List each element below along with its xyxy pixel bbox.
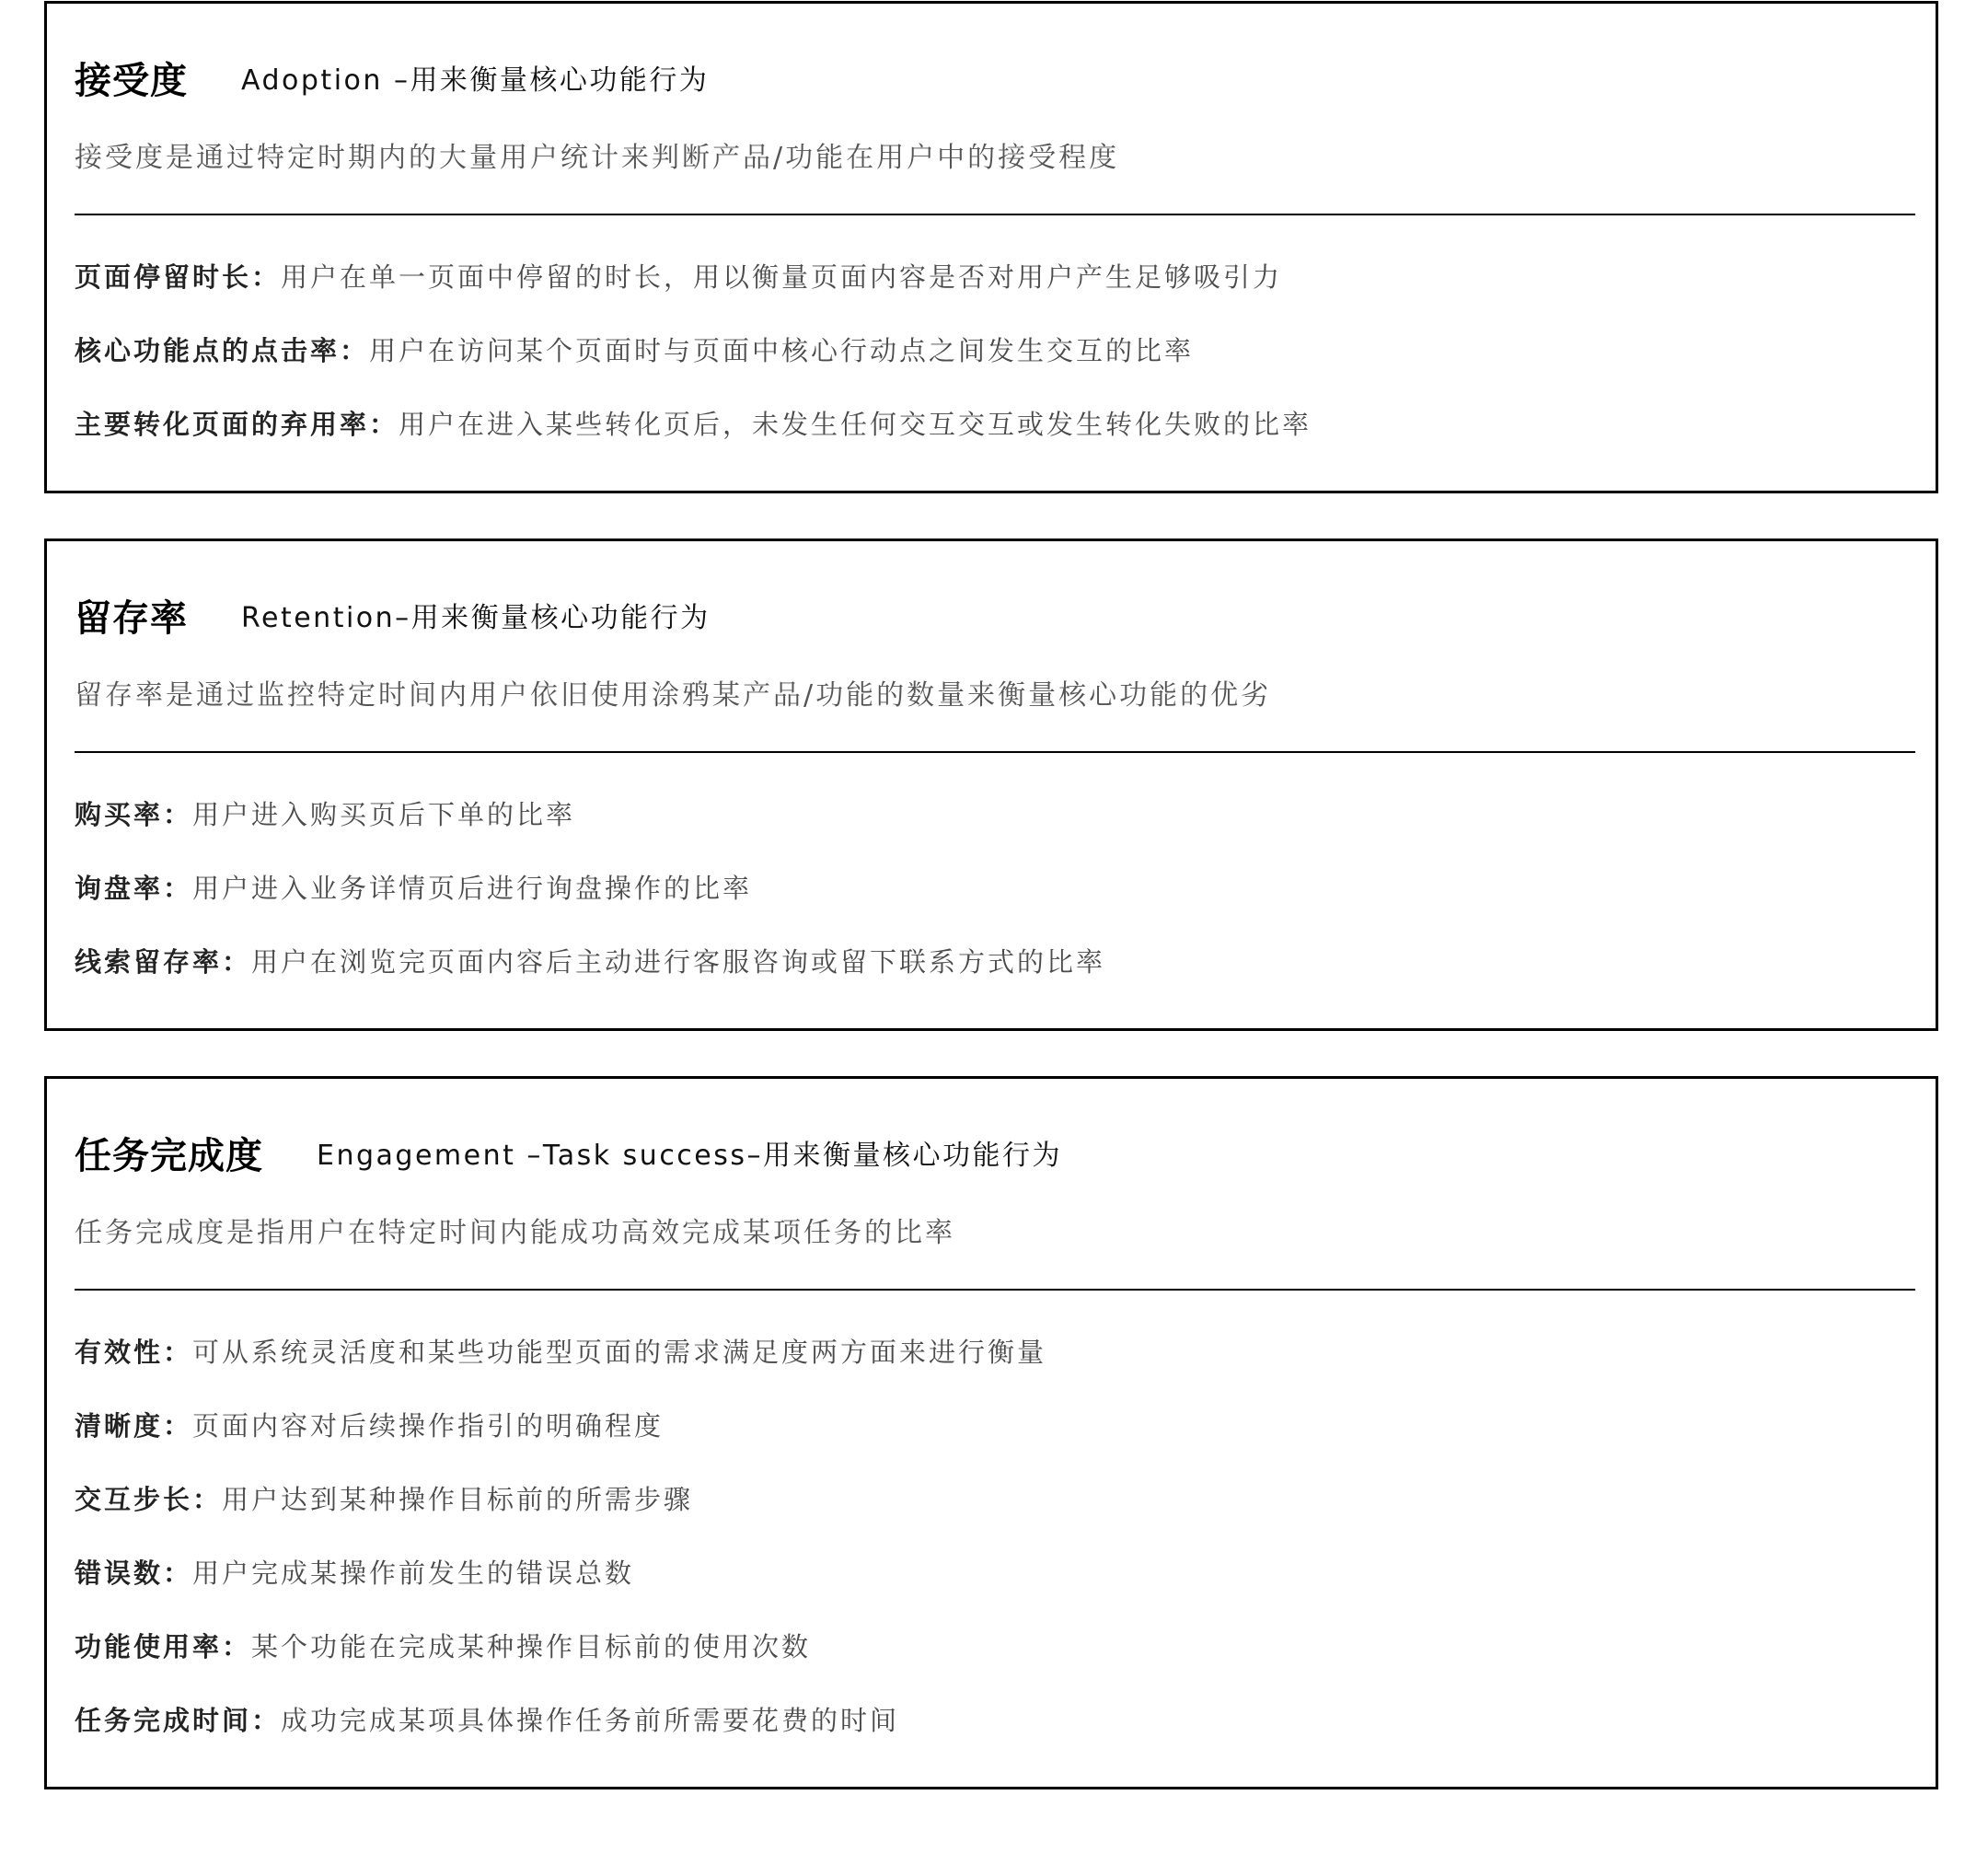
metric-value: 用户完成某操作前发生的错误总数 <box>192 1558 634 1589</box>
metric-label: 功能使用率： <box>75 1631 251 1662</box>
metric-value: 页面内容对后续操作指引的明确程度 <box>192 1410 664 1442</box>
metric-label: 页面停留时长： <box>75 261 281 293</box>
card-header: 留存率 Retention–用来衡量核心功能行为 <box>75 593 711 637</box>
card-description: 任务完成度是指用户在特定时间内能成功高效完成某项任务的比率 <box>75 1213 955 1254</box>
metric-item: 有效性：可从系统灵活度和某些功能型页面的需求满足度两方面来进行衡量 <box>75 1331 1908 1405</box>
card-header: 任务完成度 Engagement –Task success–用来衡量核心功能行… <box>75 1130 1062 1175</box>
metric-label: 交互步长： <box>75 1484 222 1515</box>
card-subtitle: Retention–用来衡量核心功能行为 <box>241 595 711 635</box>
metric-item: 询盘率：用户进入业务详情页后进行询盘操作的比率 <box>75 867 1908 941</box>
card-subtitle: Engagement –Task success–用来衡量核心功能行为 <box>317 1132 1062 1173</box>
card-description: 留存率是通过监控特定时间内用户依旧使用涂鸦某产品/功能的数量来衡量核心功能的优劣 <box>75 676 1271 716</box>
card-description: 接受度是通过特定时期内的大量用户统计来判断产品/功能在用户中的接受程度 <box>75 138 1119 179</box>
metric-label: 错误数： <box>75 1558 192 1589</box>
metric-item: 功能使用率：某个功能在完成某种操作目标前的使用次数 <box>75 1626 1908 1699</box>
adoption-card: 接受度 Adoption –用来衡量核心功能行为 接受度是通过特定时期内的大量用… <box>44 1 1938 493</box>
metric-value: 用户在浏览完页面内容后主动进行客服咨询或留下联系方式的比率 <box>251 946 1105 978</box>
card-title: 任务完成度 <box>75 1127 263 1179</box>
divider <box>75 751 1915 753</box>
metric-item: 错误数：用户完成某操作前发生的错误总数 <box>75 1552 1908 1626</box>
metric-value: 用户进入业务详情页后进行询盘操作的比率 <box>192 873 752 904</box>
metric-item: 购买率：用户进入购买页后下单的比率 <box>75 793 1908 867</box>
metric-value: 成功完成某项具体操作任务前所需要花费的时间 <box>281 1705 899 1736</box>
metric-value: 用户在访问某个页面时与页面中核心行动点之间发生交互的比率 <box>369 335 1194 366</box>
metric-value: 可从系统灵活度和某些功能型页面的需求满足度两方面来进行衡量 <box>192 1337 1046 1368</box>
metric-value: 用户在单一页面中停留的时长，用以衡量页面内容是否对用户产生足够吸引力 <box>281 261 1282 293</box>
metric-item: 页面停留时长：用户在单一页面中停留的时长，用以衡量页面内容是否对用户产生足够吸引… <box>75 256 1908 330</box>
card-header: 接受度 Adoption –用来衡量核心功能行为 <box>75 55 709 99</box>
metric-item: 清晰度：页面内容对后续操作指引的明确程度 <box>75 1405 1908 1478</box>
metric-label: 线索留存率： <box>75 946 251 978</box>
metric-value: 某个功能在完成某种操作目标前的使用次数 <box>251 1631 811 1662</box>
metric-list: 有效性：可从系统灵活度和某些功能型页面的需求满足度两方面来进行衡量 清晰度：页面… <box>75 1331 1908 1773</box>
metric-item: 任务完成时间：成功完成某项具体操作任务前所需要花费的时间 <box>75 1699 1908 1773</box>
retention-card: 留存率 Retention–用来衡量核心功能行为 留存率是通过监控特定时间内用户… <box>44 538 1938 1031</box>
metric-list: 页面停留时长：用户在单一页面中停留的时长，用以衡量页面内容是否对用户产生足够吸引… <box>75 256 1908 477</box>
metric-item: 交互步长：用户达到某种操作目标前的所需步骤 <box>75 1478 1908 1552</box>
metric-label: 购买率： <box>75 799 192 830</box>
card-subtitle: Adoption –用来衡量核心功能行为 <box>241 57 709 98</box>
divider <box>75 214 1915 215</box>
divider <box>75 1289 1915 1291</box>
metric-label: 任务完成时间： <box>75 1705 281 1736</box>
metric-label: 清晰度： <box>75 1410 192 1442</box>
metric-value: 用户进入购买页后下单的比率 <box>192 799 575 830</box>
metric-list: 购买率：用户进入购买页后下单的比率 询盘率：用户进入业务详情页后进行询盘操作的比… <box>75 793 1908 1014</box>
card-title: 留存率 <box>75 589 188 642</box>
metric-label: 主要转化页面的弃用率： <box>75 409 399 440</box>
task-success-card: 任务完成度 Engagement –Task success–用来衡量核心功能行… <box>44 1076 1938 1789</box>
metric-value: 用户达到某种操作目标前的所需步骤 <box>222 1484 693 1515</box>
metric-label: 询盘率： <box>75 873 192 904</box>
metric-item: 主要转化页面的弃用率：用户在进入某些转化页后，未发生任何交互交互或发生转化失败的… <box>75 403 1908 477</box>
metric-label: 有效性： <box>75 1337 192 1368</box>
card-title: 接受度 <box>75 52 188 104</box>
metric-item: 线索留存率：用户在浏览完页面内容后主动进行客服咨询或留下联系方式的比率 <box>75 941 1908 1014</box>
metric-value: 用户在进入某些转化页后，未发生任何交互交互或发生转化失败的比率 <box>399 409 1312 440</box>
metric-label: 核心功能点的点击率： <box>75 335 369 366</box>
metric-item: 核心功能点的点击率：用户在访问某个页面时与页面中核心行动点之间发生交互的比率 <box>75 330 1908 403</box>
